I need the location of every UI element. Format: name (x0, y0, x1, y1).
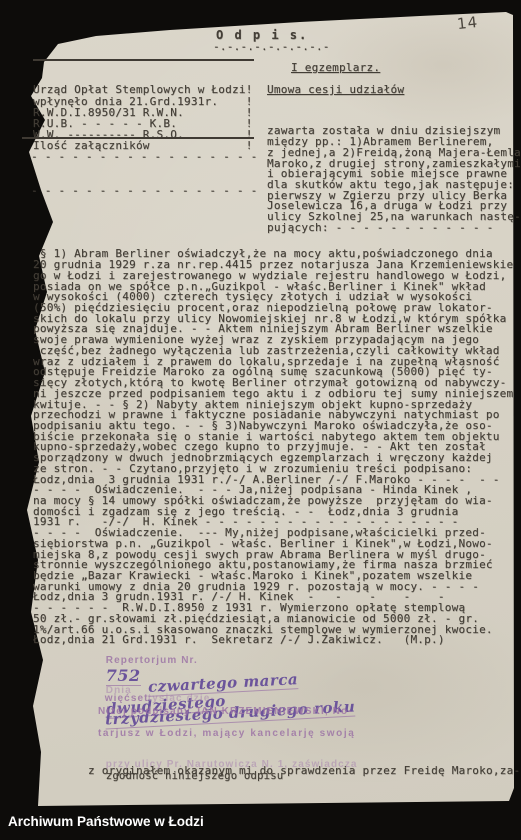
archival-scan-page: { "colors":{"paper":"#d8d3c7","ink":"#43… (0, 0, 521, 840)
archive-watermark: Archiwum Państwowe w Łodzi (8, 814, 204, 829)
contract-intro-paragraph: zawarta została w dniu dzisiejszymmiędzy… (267, 105, 521, 234)
page-number: 14 (456, 13, 479, 33)
notary-stamp-line-name: Niżej podpisany JAN KRZEMIENIEWSKI, No- (98, 706, 353, 717)
stamp-label-wiecset: więćset (105, 693, 149, 704)
dashed-line: - - - - - - - - - - - - - - - - - (31, 186, 257, 197)
contract-body-text: § 1) Abram Berliner oświadczył,że na moc… (33, 228, 513, 646)
copy-number-label: I egzemplarz. (291, 63, 380, 74)
dashed-line: - - - - - - - - - - - - - - - - - (31, 152, 257, 163)
title-underline-dashes: -.-.-.-.-.-.-.-.- (213, 42, 330, 53)
stamp-box-line: Urząd Opłat Stemplowych w Łodzi! (33, 84, 253, 95)
typed-closing-line: z oryginałem okazanym mi do sprawdzenia … (88, 766, 520, 777)
notary-stamp-line-office: tarjusz w Łodzi, mający kancelarję swoją (98, 728, 355, 739)
stamp-box-bottom-rule (22, 137, 254, 139)
contract-title: Umowa cesji udziałów (267, 85, 404, 96)
stamp-box-top-rule (33, 59, 254, 61)
